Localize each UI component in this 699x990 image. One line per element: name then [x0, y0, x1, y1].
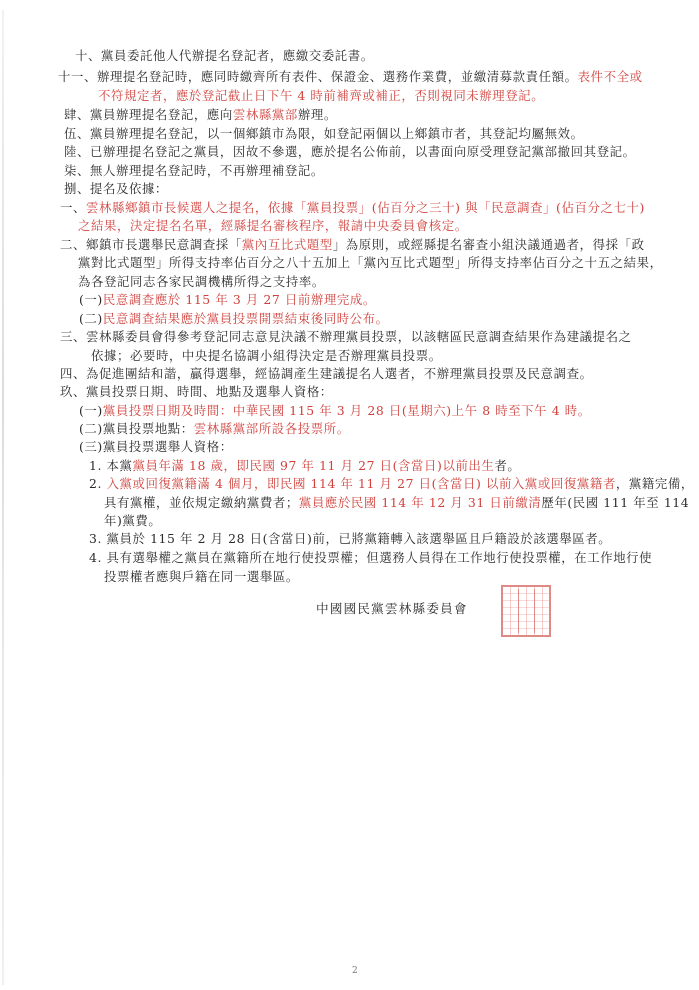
highlighted-text: 之結果，決定提名名單，經縣提名審核程序，報請中央委員會核定。 — [78, 218, 468, 233]
text-line: 十、黨員委託他人代辦提名登記者，應繳交委託書。 — [75, 47, 374, 65]
highlighted-text: 雲林縣黨部 — [233, 107, 298, 122]
highlighted-text: 黨員年滿 18 歲，即民國 97 年 11 月 27 日(含當日)以前出生 — [133, 458, 495, 473]
highlighted-text: 雲林縣鄉鎮市長候選人之提名，依據「黨員投票」(佔百分之三十) 與「民意調查」(佔… — [86, 200, 645, 215]
document-page: 十、黨員委託他人代辦提名登記者，應繳交委託書。十一、辦理提名登記時，應同時繳齊所… — [0, 0, 699, 990]
text-line: 年)黨費。 — [104, 512, 161, 530]
highlighted-text: 民意調查應於 115 年 3 月 27 日前辦理完成。 — [103, 292, 376, 307]
text-line: 二、鄉鎮市長選舉民意調查採「黨內互比式題型」為原則，或經縣提名審查小組決議通過者… — [60, 236, 645, 254]
text-segment: 年)黨費。 — [104, 513, 161, 528]
text-segment: 投票權者應與戶籍在同一選舉區。 — [104, 569, 299, 584]
highlighted-text: 民意調查結果應於黨員投票開票結束後同時公布。 — [103, 311, 389, 326]
text-line: (一)民意調查應於 115 年 3 月 27 日前辦理完成。 — [79, 291, 376, 309]
highlighted-text: 不符規定者，應於登記截止日下午 4 時前補齊或補正，否則視同未辦理登記。 — [98, 88, 544, 103]
text-segment: 肆、黨員辦理提名登記，應向 — [64, 107, 233, 122]
text-line: 1. 本黨黨員年滿 18 歲，即民國 97 年 11 月 27 日(含當日)以前… — [89, 457, 520, 475]
text-segment: 十一、辦理提名登記時，應同時繳齊所有表件、保證金、選務作業費，並繳清募款責任額。 — [58, 69, 578, 84]
text-segment: 二、鄉鎮市長選舉民意調查採「 — [60, 237, 242, 252]
text-line: 為各登記同志各家民調機構所得之支持率。 — [78, 273, 325, 291]
text-line: 3. 黨員於 115 年 2 月 28 日(含當日)前，已將黨籍轉入該選舉區且戶… — [89, 530, 611, 548]
text-line: 之結果，決定提名名單，經縣提名審核程序，報請中央委員會核定。 — [78, 217, 468, 235]
text-line: 4. 具有選舉權之黨員在黨籍所在地行使投票權；但選務人員得在工作地行使投票權，在… — [89, 549, 652, 567]
text-line: 投票權者應與戶籍在同一選舉區。 — [104, 568, 299, 586]
text-segment: 辦理。 — [298, 107, 337, 122]
text-line: (三)黨員投票選舉人資格： — [79, 438, 233, 456]
text-segment: 依據；必要時，中央提名協調小組得決定是否辦理黨員投票。 — [91, 348, 442, 363]
text-segment: 捌、提名及依據： — [64, 181, 168, 196]
text-segment: 為各登記同志各家民調機構所得之支持率。 — [78, 274, 325, 289]
page-number: 2 — [352, 966, 358, 976]
text-line: 肆、黨員辦理提名登記，應向雲林縣黨部辦理。 — [64, 106, 337, 124]
text-line: 三、雲林縣委員會得參考登記同志意見決議不辦理黨員投票，以該轄區民意調查結果作為建… — [60, 328, 632, 346]
text-line: 玖、黨員投票日期、時間、地點及選舉人資格： — [60, 383, 333, 401]
text-line: 伍、黨員辦理提名登記，以一個鄉鎮市為限，如登記兩個以上鄉鎮市者，其登記均屬無效。 — [64, 125, 584, 143]
highlighted-text: 黨員投票日期及時間：中華民國 115 年 3 月 28 日(星期六)上午 8 時… — [103, 403, 591, 418]
text-line: 四、為促進團結和諧，贏得選舉，經協調產生建議提名人選者，不辦理黨員投票及民意調查… — [60, 365, 593, 383]
highlighted-text: 表件不全或 — [578, 69, 643, 84]
text-segment: 4. 具有選舉權之黨員在黨籍所在地行使投票權；但選務人員得在工作地行使投票權，在… — [89, 550, 652, 565]
text-segment: 玖、黨員投票日期、時間、地點及選舉人資格： — [60, 384, 333, 399]
highlighted-text: 入黨或回復黨籍滿 4 個月，即民國 114 年 11 月 27 日(含當日) 以… — [107, 476, 616, 491]
text-line: 十一、辦理提名登記時，應同時繳齊所有表件、保證金、選務作業費，並繳清募款責任額。… — [58, 68, 643, 86]
text-segment: 2. — [89, 476, 107, 491]
text-segment: 一、 — [60, 200, 86, 215]
text-line: 具有黨權，並依規定繳納黨費者；黨員應於民國 114 年 12 月 31 日前繳清… — [104, 494, 689, 512]
text-segment: 3. 黨員於 115 年 2 月 28 日(含當日)前，已將黨籍轉入該選舉區且戶… — [89, 531, 611, 546]
text-segment: 黨對比式題型」所得支持率佔百分之八十五加上「黨內互比式題型」所得支持率佔百分之十… — [78, 255, 663, 270]
text-segment: 伍、黨員辦理提名登記，以一個鄉鎮市為限，如登記兩個以上鄉鎮市者，其登記均屬無效。 — [64, 126, 584, 141]
signature: 中國國民黨雲林縣委員會 — [316, 598, 468, 617]
highlighted-text: 黨員應於民國 114 年 12 月 31 日前繳清 — [299, 495, 542, 510]
text-line: 一、雲林縣鄉鎮市長候選人之提名，依據「黨員投票」(佔百分之三十) 與「民意調查」… — [60, 199, 645, 217]
text-segment: (三)黨員投票選舉人資格： — [79, 439, 233, 454]
text-line: 不符規定者，應於登記截止日下午 4 時前補齊或補正，否則視同未辦理登記。 — [98, 87, 544, 105]
text-line: 黨對比式題型」所得支持率佔百分之八十五加上「黨內互比式題型」所得支持率佔百分之十… — [78, 254, 663, 272]
text-segment: 」為原則，或經縣提名審查小組決議通過者，得採「政 — [333, 237, 645, 252]
text-line: 依據；必要時，中央提名協調小組得決定是否辦理黨員投票。 — [91, 347, 442, 365]
text-segment: (二)黨員投票地點： — [79, 421, 194, 436]
text-segment: 1. 本黨 — [89, 458, 133, 473]
text-segment: (一) — [79, 292, 103, 307]
text-line: (二)民意調查結果應於黨員投票開票結束後同時公布。 — [79, 310, 389, 328]
highlighted-text: 黨內互比式題型 — [242, 237, 333, 252]
text-line: (一)黨員投票日期及時間：中華民國 115 年 3 月 28 日(星期六)上午 … — [79, 402, 591, 420]
text-segment: 十、黨員委託他人代辦提名登記者，應繳交委託書。 — [75, 48, 374, 63]
text-line: 陸、已辦理提名登記之黨員，因故不參選，應於提名公佈前，以書面向原受理登記黨部撤回… — [64, 143, 636, 161]
official-seal-icon — [501, 585, 551, 637]
highlighted-text: 雲林縣黨部所設各投票所。 — [194, 421, 350, 436]
text-segment: (一) — [79, 403, 103, 418]
text-line: (二)黨員投票地點：雲林縣黨部所設各投票所。 — [79, 420, 350, 438]
text-segment: ，黨籍完備， — [616, 476, 694, 491]
text-segment: 歷年(民國 111 年至 114 — [541, 495, 689, 510]
text-segment: 具有黨權，並依規定繳納黨費者； — [104, 495, 299, 510]
text-line: 2. 入黨或回復黨籍滿 4 個月，即民國 114 年 11 月 27 日(含當日… — [89, 475, 694, 493]
text-line: 柒、無人辦理提名登記時，不再辦理補登記。 — [64, 162, 324, 180]
text-segment: 者。 — [494, 458, 520, 473]
text-segment: 四、為促進團結和諧，贏得選舉，經協調產生建議提名人選者，不辦理黨員投票及民意調查… — [60, 366, 593, 381]
text-segment: (二) — [79, 311, 103, 326]
text-segment: 柒、無人辦理提名登記時，不再辦理補登記。 — [64, 163, 324, 178]
text-line: 捌、提名及依據： — [64, 180, 168, 198]
text-segment: 陸、已辦理提名登記之黨員，因故不參選，應於提名公佈前，以書面向原受理登記黨部撤回… — [64, 144, 636, 159]
text-segment: 三、雲林縣委員會得參考登記同志意見決議不辦理黨員投票，以該轄區民意調查結果作為建… — [60, 329, 632, 344]
